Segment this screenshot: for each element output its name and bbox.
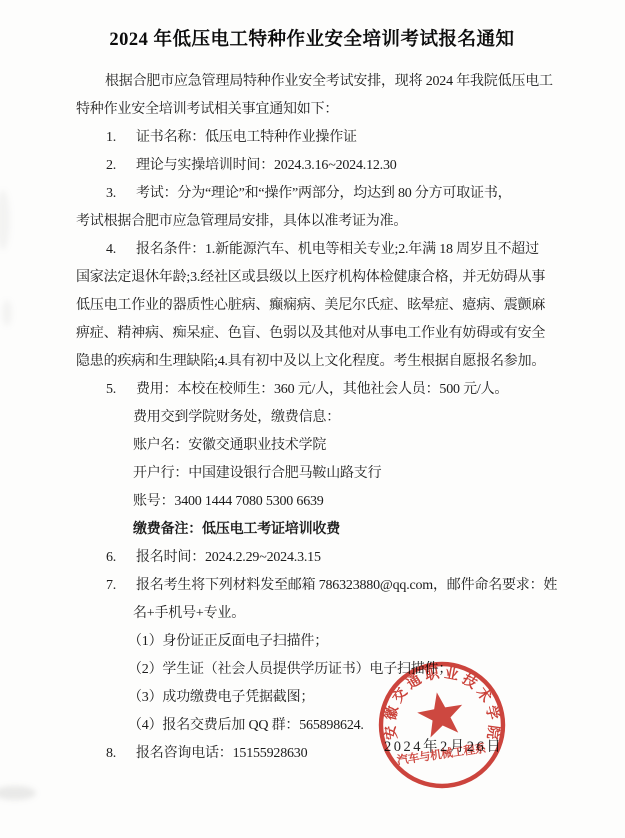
account-name-line: 账户名：安徽交通职业技术学院 <box>76 432 580 460</box>
item-text: 费用：本校在校师生：360 元/人，其他社会人员：500 元/人。 <box>136 382 508 397</box>
item-number: 2. <box>106 152 136 180</box>
item-3-exam-cont: 考试根据合肥市应急管理局安排，具体以准考证为准。 <box>76 208 580 236</box>
item-5-fee: 5.费用：本校在校师生：360 元/人，其他社会人员：500 元/人。 <box>76 376 580 404</box>
item-1-cert-name: 1.证书名称：低压电工特种作业操作证 <box>76 124 580 152</box>
payment-note-line: 缴费备注：低压电工考证培训收费 <box>76 516 580 544</box>
item-text: 报名条件：1.新能源汽车、机电等相关专业;2.年满 18 周岁且不超过 <box>136 242 539 257</box>
official-seal: 安徽交通职业技术学院 汽车与机械工程系 <box>357 640 527 810</box>
item-number: 5. <box>106 376 136 404</box>
scanned-notice-page: 2024 年低压电工特种作业安全培训考试报名通知 根据合肥市应急管理局特种作业安… <box>0 0 625 838</box>
item-7-materials: 7.报名考生将下列材料发至邮箱 786323880@qq.com，邮件命名要求：… <box>76 572 580 600</box>
item-text: 报名考生将下列材料发至邮箱 786323880@qq.com，邮件命名要求：姓 <box>136 578 557 593</box>
seal-dept-text: 汽车与机械工程系 <box>395 741 488 768</box>
bank-branch-line: 开户行：中国建设银行合肥马鞍山路支行 <box>76 460 580 488</box>
item-4-requirements-cont-3: 痹症、精神病、痴呆症、色盲、色弱以及其他对从事电工作业有妨碍或有安全 <box>76 320 580 348</box>
scan-smudge <box>0 190 10 250</box>
item-text: 证书名称：低压电工特种作业操作证 <box>136 130 357 145</box>
item-number: 3. <box>106 180 136 208</box>
item-6-registration-time: 6.报名时间：2024.2.29~2024.3.15 <box>76 544 580 572</box>
scan-smudge <box>0 786 36 800</box>
item-4-requirements-cont-4: 隐患的疾病和生理缺陷;4.具有初中及以上文化程度。考生根据自愿报名参加。 <box>76 348 580 376</box>
account-number-line: 账号：3400 1444 7080 5300 6639 <box>76 488 580 516</box>
intro-line-1: 根据合肥市应急管理局特种作业安全考试安排，现将 2024 年我院低压电工 <box>76 68 580 96</box>
item-4-requirements: 4.报名条件：1.新能源汽车、机电等相关专业;2.年满 18 周岁且不超过 <box>76 236 580 264</box>
item-text: 报名咨询电话：15155928630 <box>136 746 307 761</box>
item-text: 报名时间：2024.2.29~2024.3.15 <box>136 550 321 565</box>
item-number: 1. <box>106 124 136 152</box>
item-7-materials-cont: 名+手机号+专业。 <box>76 600 580 628</box>
page-title: 2024 年低压电工特种作业安全培训考试报名通知 <box>60 24 564 56</box>
item-number: 4. <box>106 236 136 264</box>
item-number: 8. <box>106 740 136 768</box>
item-4-requirements-cont-2: 低压电工作业的器质性心脏病、癫痫病、美尼尔氏症、眩晕症、癔病、震颤麻 <box>76 292 580 320</box>
fee-payment-info-line: 费用交到学院财务处，缴费信息： <box>76 404 580 432</box>
item-number: 6. <box>106 544 136 572</box>
item-4-requirements-cont-1: 国家法定退休年龄;3.经社区或县级以上医疗机构体检健康合格，并无妨碍从事 <box>76 264 580 292</box>
item-number: 7. <box>106 572 136 600</box>
item-text: 理论与实操培训时间：2024.3.16~2024.12.30 <box>136 158 397 173</box>
scan-smudge <box>2 300 12 326</box>
item-3-exam: 3.考试：分为“理论”和“操作”两部分，均达到 80 分方可取证书， <box>76 180 580 208</box>
item-2-training-time: 2.理论与实操培训时间：2024.3.16~2024.12.30 <box>76 152 580 180</box>
intro-line-2: 特种作业安全培训考试相关事宜通知如下： <box>76 96 580 124</box>
star-icon <box>414 688 466 739</box>
item-text: 考试：分为“理论”和“操作”两部分，均达到 80 分方可取证书， <box>136 186 511 201</box>
